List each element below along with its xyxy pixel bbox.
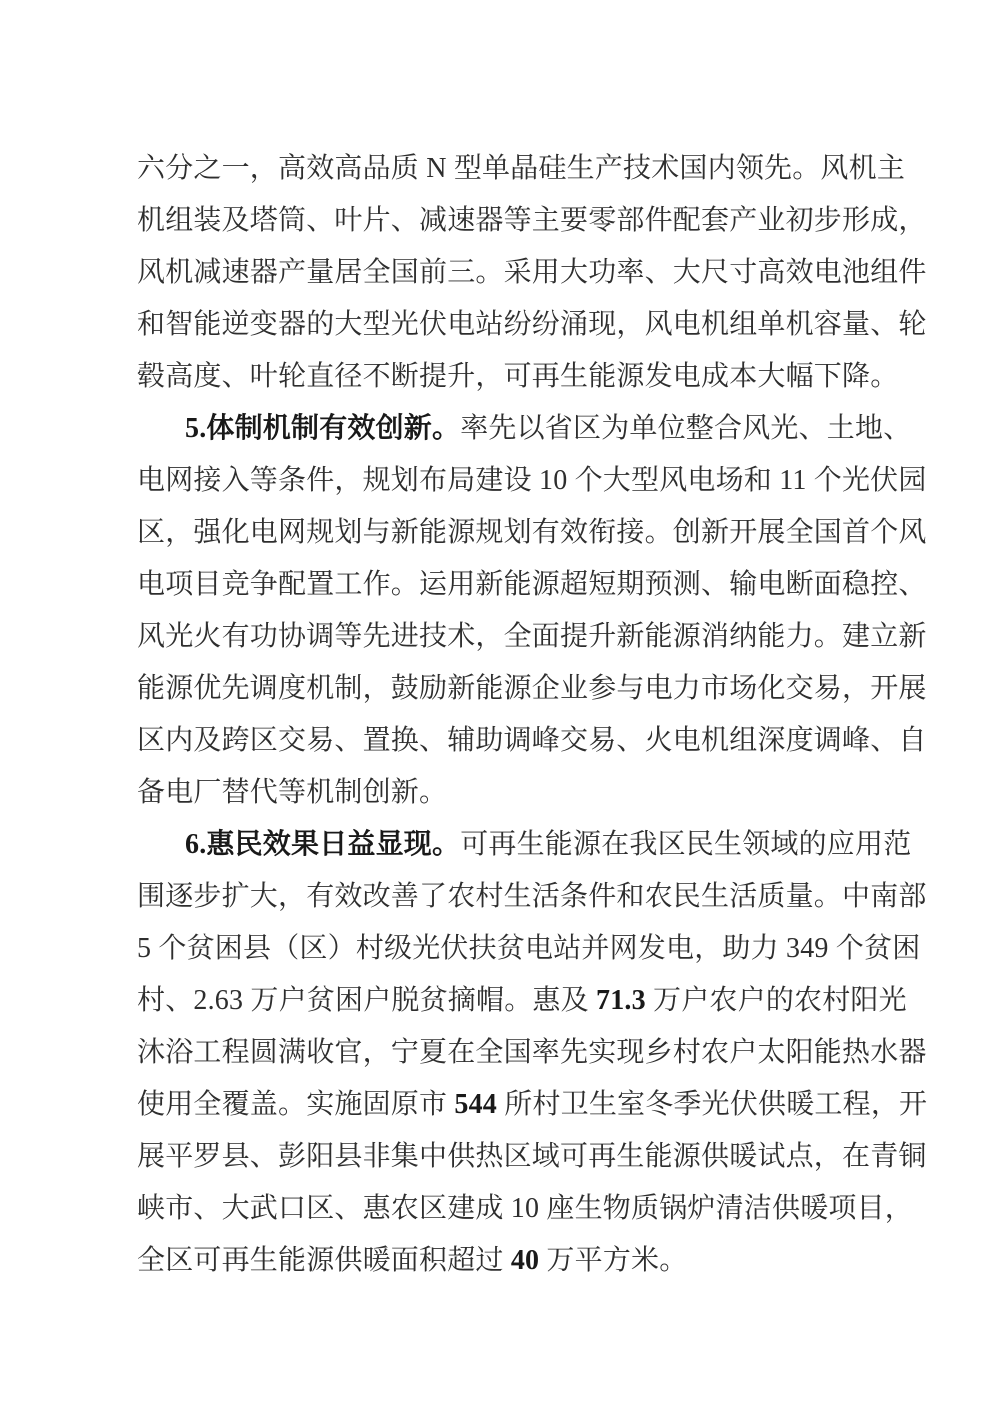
text-line: 5.体制机制有效创新。率先以省区为单位整合风光、土地、 [137, 403, 877, 455]
text-line: 电项目竞争配置工作。运用新能源超短期预测、输电断面稳控、 [137, 559, 877, 611]
text-line: 毂高度、叶轮直径不断提升，可再生能源发电成本大幅下降。 [137, 351, 877, 403]
text-segment: 展平罗县、彭阳县非集中供热区域可再生能源供暖试点，在青铜 [137, 1141, 927, 1172]
highlight-number: 40 [511, 1245, 539, 1276]
text-line: 5 个贫困县（区）村级光伏扶贫电站并网发电，助力 349 个贫困 [137, 923, 877, 975]
text-line: 六分之一，高效高品质 N 型单晶硅生产技术国内领先。风机主 [137, 143, 877, 195]
text-segment: 可再生能源在我区民生领域的应用范 [460, 829, 911, 860]
text-segment: 毂高度、叶轮直径不断提升，可再生能源发电成本大幅下降。 [137, 361, 898, 392]
text-segment: 围逐步扩大，有效改善了农村生活条件和农民生活质量。中南部 [137, 881, 927, 912]
text-line: 展平罗县、彭阳县非集中供热区域可再生能源供暖试点，在青铜 [137, 1131, 877, 1183]
text-segment: 使用全覆盖。实施固原市 [137, 1089, 454, 1120]
text-line: 沐浴工程圆满收官，宁夏在全国率先实现乡村农户太阳能热水器 [137, 1027, 877, 1079]
text-line: 机组装及塔筒、叶片、减速器等主要零部件配套产业初步形成， [137, 195, 877, 247]
text-segment: 所村卫生室冬季光伏供暖工程，开 [497, 1089, 927, 1120]
text-line: 6.惠民效果日益显现。可再生能源在我区民生领域的应用范 [137, 819, 877, 871]
text-segment: 率先以省区为单位整合风光、土地、 [460, 413, 911, 444]
text-line: 备电厂替代等机制创新。 [137, 767, 877, 819]
document-page: 六分之一，高效高品质 N 型单晶硅生产技术国内领先。风机主机组装及塔筒、叶片、减… [0, 0, 1000, 1414]
text-line: 电网接入等条件，规划布局建设 10 个大型风电场和 11 个光伏园 [137, 455, 877, 507]
text-segment: 村、2.63 万户贫困户脱贫摘帽。惠及 [137, 985, 596, 1016]
text-segment: 5 个贫困县（区）村级光伏扶贫电站并网发电，助力 349 个贫困 [137, 933, 920, 964]
text-segment: 备电厂替代等机制创新。 [137, 777, 447, 808]
section-heading: 5.体制机制有效创新。 [185, 413, 460, 444]
text-line: 风机减速器产量居全国前三。采用大功率、大尺寸高效电池组件 [137, 247, 877, 299]
text-segment: 万平方米。 [539, 1245, 687, 1276]
text-line: 风光火有功协调等先进技术，全面提升新能源消纳能力。建立新 [137, 611, 877, 663]
text-segment: 区，强化电网规划与新能源规划有效衔接。创新开展全国首个风 [137, 517, 927, 548]
text-segment: 万户农户的农村阳光 [646, 985, 907, 1016]
text-segment: 区内及跨区交易、置换、辅助调峰交易、火电机组深度调峰、自 [137, 725, 927, 756]
document-body: 六分之一，高效高品质 N 型单晶硅生产技术国内领先。风机主机组装及塔筒、叶片、减… [137, 143, 877, 1287]
text-segment: 机组装及塔筒、叶片、减速器等主要零部件配套产业初步形成， [137, 205, 927, 236]
highlight-number: 71.3 [596, 985, 646, 1016]
highlight-number: 544 [454, 1089, 497, 1120]
text-line: 能源优先调度机制，鼓励新能源企业参与电力市场化交易，开展 [137, 663, 877, 715]
text-segment: 电项目竞争配置工作。运用新能源超短期预测、输电断面稳控、 [137, 569, 927, 600]
text-line: 和智能逆变器的大型光伏电站纷纷涌现，风电机组单机容量、轮 [137, 299, 877, 351]
text-line: 村、2.63 万户贫困户脱贫摘帽。惠及 71.3 万户农户的农村阳光 [137, 975, 877, 1027]
text-segment: 风机减速器产量居全国前三。采用大功率、大尺寸高效电池组件 [137, 257, 927, 288]
text-segment: 六分之一，高效高品质 N 型单晶硅生产技术国内领先。风机主 [137, 153, 905, 184]
text-line: 使用全覆盖。实施固原市 544 所村卫生室冬季光伏供暖工程，开 [137, 1079, 877, 1131]
section-heading: 6.惠民效果日益显现。 [185, 829, 460, 860]
text-segment: 全区可再生能源供暖面积超过 [137, 1245, 511, 1276]
text-line: 峡市、大武口区、惠农区建成 10 座生物质锅炉清洁供暖项目， [137, 1183, 877, 1235]
text-segment: 电网接入等条件，规划布局建设 10 个大型风电场和 11 个光伏园 [137, 465, 927, 496]
text-segment: 峡市、大武口区、惠农区建成 10 座生物质锅炉清洁供暖项目， [137, 1193, 913, 1224]
text-segment: 能源优先调度机制，鼓励新能源企业参与电力市场化交易，开展 [137, 673, 927, 704]
text-segment: 沐浴工程圆满收官，宁夏在全国率先实现乡村农户太阳能热水器 [137, 1037, 927, 1068]
text-line: 区，强化电网规划与新能源规划有效衔接。创新开展全国首个风 [137, 507, 877, 559]
text-segment: 和智能逆变器的大型光伏电站纷纷涌现，风电机组单机容量、轮 [137, 309, 927, 340]
text-line: 区内及跨区交易、置换、辅助调峰交易、火电机组深度调峰、自 [137, 715, 877, 767]
text-line: 围逐步扩大，有效改善了农村生活条件和农民生活质量。中南部 [137, 871, 877, 923]
text-segment: 风光火有功协调等先进技术，全面提升新能源消纳能力。建立新 [137, 621, 927, 652]
text-line: 全区可再生能源供暖面积超过 40 万平方米。 [137, 1235, 877, 1287]
